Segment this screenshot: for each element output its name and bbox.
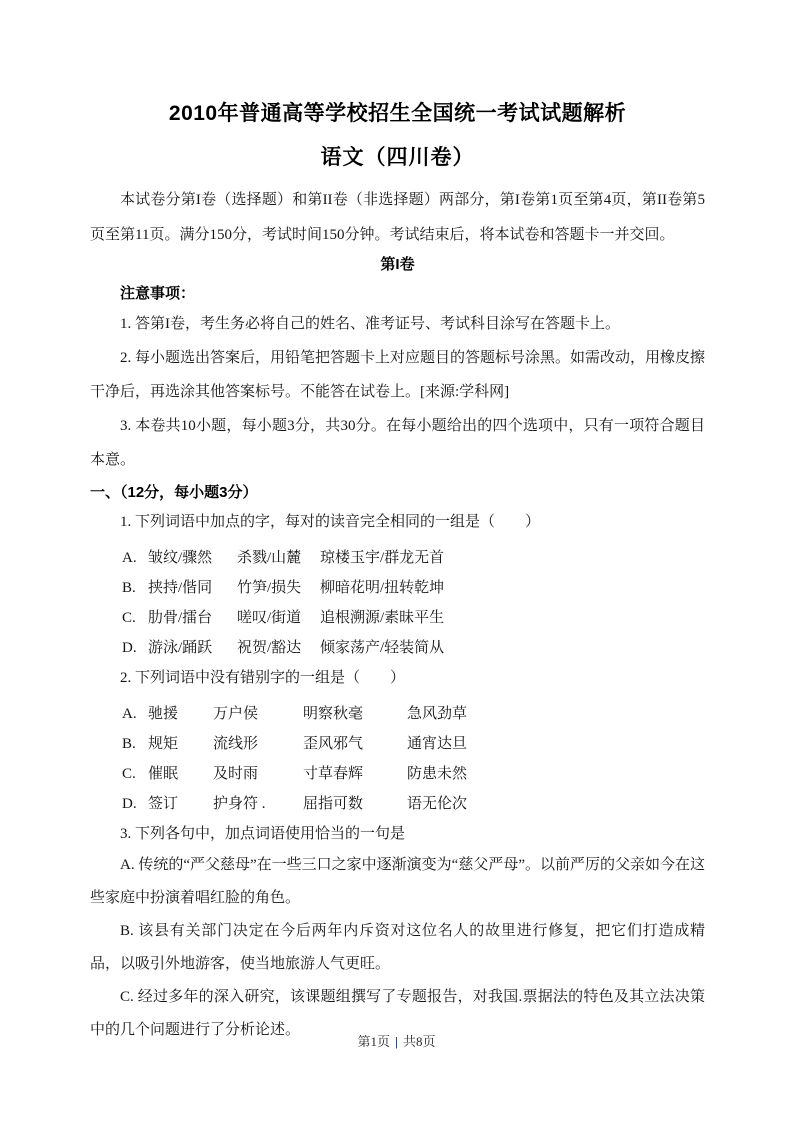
option-pair: 追根溯源/素昧平生: [320, 603, 705, 633]
option-pair: 竹笋/损失: [237, 573, 320, 603]
exam-intro-paragraph: 本试卷分第I卷（选择题）和第II卷（非选择题）两部分，第I卷第1页至第4页，第I…: [90, 183, 705, 253]
question2-option-b: B. 规矩 流线形 歪风邪气 通宵达旦: [122, 729, 705, 759]
question1-option-d: D. 游泳/踊跃 祝贺/豁达 倾家荡产/轻装简从: [122, 633, 705, 663]
option-word: 寸草春辉: [303, 759, 407, 789]
notice-heading: 注意事项：: [120, 281, 705, 307]
option-label: C.: [122, 759, 148, 789]
notice-item-3: 3. 本卷共10小题，每小题3分，共30分。在每小题给出的四个选项中，只有一项符…: [90, 409, 705, 477]
footer-page-number: 第1页: [358, 1034, 391, 1049]
option-word: 规矩: [148, 729, 213, 759]
option-word: 及时雨: [213, 759, 303, 789]
option-label: A.: [122, 543, 148, 573]
option-label: B.: [122, 573, 148, 603]
notice-item-2: 2. 每小题选出答案后，用铅笔把答题卡上对应题目的答题标号涂黑。如需改动，用橡皮…: [90, 341, 705, 409]
footer-total-pages: 共8页: [403, 1034, 436, 1049]
option-word: 通宵达旦: [407, 729, 705, 759]
question3-option-b: B. 该县有关部门决定在今后两年内斥资对这位名人的故里进行修复，把它们打造成精品…: [90, 915, 705, 981]
option-pair: 游泳/踊跃: [148, 633, 237, 663]
option-word: 催眠: [148, 759, 213, 789]
option-word: 明察秋毫: [303, 699, 407, 729]
page-footer: 第1页|共8页: [0, 1032, 793, 1052]
option-pair: 琼楼玉宇/群龙无首: [320, 543, 705, 573]
option-word: 急风劲草: [407, 699, 705, 729]
question1-option-c: C. 肋骨/擂台 嗟叹/街道 追根溯源/素昧平生: [122, 603, 705, 633]
option-word: 护身符 .: [213, 789, 303, 819]
question2-stem: 2. 下列词语中没有错别字的一组是（ ）: [90, 663, 705, 693]
option-word: 签订: [148, 789, 213, 819]
part1-heading: 第I卷: [90, 253, 705, 277]
question1-stem: 1. 下列词语中加点的字，每对的读音完全相同的一组是（ ）: [90, 507, 705, 537]
option-pair: 皱纹/骤然: [148, 543, 237, 573]
option-label: D.: [122, 789, 148, 819]
question1-option-b: B. 挟持/偕同 竹笋/损失 柳暗花明/扭转乾坤: [122, 573, 705, 603]
option-word: 防患未然: [407, 759, 705, 789]
option-pair: 肋骨/擂台: [148, 603, 237, 633]
exam-subtitle: 语文（四川卷）: [90, 143, 705, 173]
option-word: 歪风邪气: [303, 729, 407, 759]
question2-option-c: C. 催眠 及时雨 寸草春辉 防患未然: [122, 759, 705, 789]
question2-options: A. 驰援 万户侯 明察秋毫 急风劲草 B. 规矩 流线形 歪风邪气 通宵达旦 …: [90, 699, 705, 819]
option-word: 流线形: [213, 729, 303, 759]
question3-stem: 3. 下列各句中，加点词语使用恰当的一句是: [90, 819, 705, 849]
question1-options: A. 皱纹/骤然 杀戮/山麓 琼楼玉宇/群龙无首 B. 挟持/偕同 竹笋/损失 …: [90, 543, 705, 663]
section1-heading: 一、（12分，每小题3分）: [90, 479, 705, 507]
option-pair: 柳暗花明/扭转乾坤: [320, 573, 705, 603]
option-pair: 倾家荡产/轻装简从: [320, 633, 705, 663]
question2-option-a: A. 驰援 万户侯 明察秋毫 急风劲草: [122, 699, 705, 729]
notice-item-1: 1. 答第I卷，考生务必将自己的姓名、准考证号、考试科目涂写在答题卡上。: [90, 307, 705, 341]
option-label: A.: [122, 699, 148, 729]
option-word: 屈指可数: [303, 789, 407, 819]
option-label: B.: [122, 729, 148, 759]
option-pair: 嗟叹/街道: [237, 603, 320, 633]
question3-option-a: A. 传统的“严父慈母”在一些三口之家中逐渐演变为“慈父严母”。以前严厉的父亲如…: [90, 849, 705, 915]
question2-option-d: D. 签订 护身符 . 屈指可数 语无伦次: [122, 789, 705, 819]
option-label: C.: [122, 603, 148, 633]
footer-separator: |: [390, 1034, 403, 1049]
option-pair: 祝贺/豁达: [237, 633, 320, 663]
exam-title: 2010年普通高等学校招生全国统一考试试题解析: [90, 99, 705, 129]
question1-option-a: A. 皱纹/骤然 杀戮/山麓 琼楼玉宇/群龙无首: [122, 543, 705, 573]
option-label: D.: [122, 633, 148, 663]
option-word: 万户侯: [213, 699, 303, 729]
option-word: 驰援: [148, 699, 213, 729]
option-pair: 挟持/偕同: [148, 573, 237, 603]
option-pair: 杀戮/山麓: [237, 543, 320, 573]
option-word: 语无伦次: [407, 789, 705, 819]
document-page: 2010年普通高等学校招生全国统一考试试题解析 语文（四川卷） 本试卷分第I卷（…: [0, 0, 793, 1122]
